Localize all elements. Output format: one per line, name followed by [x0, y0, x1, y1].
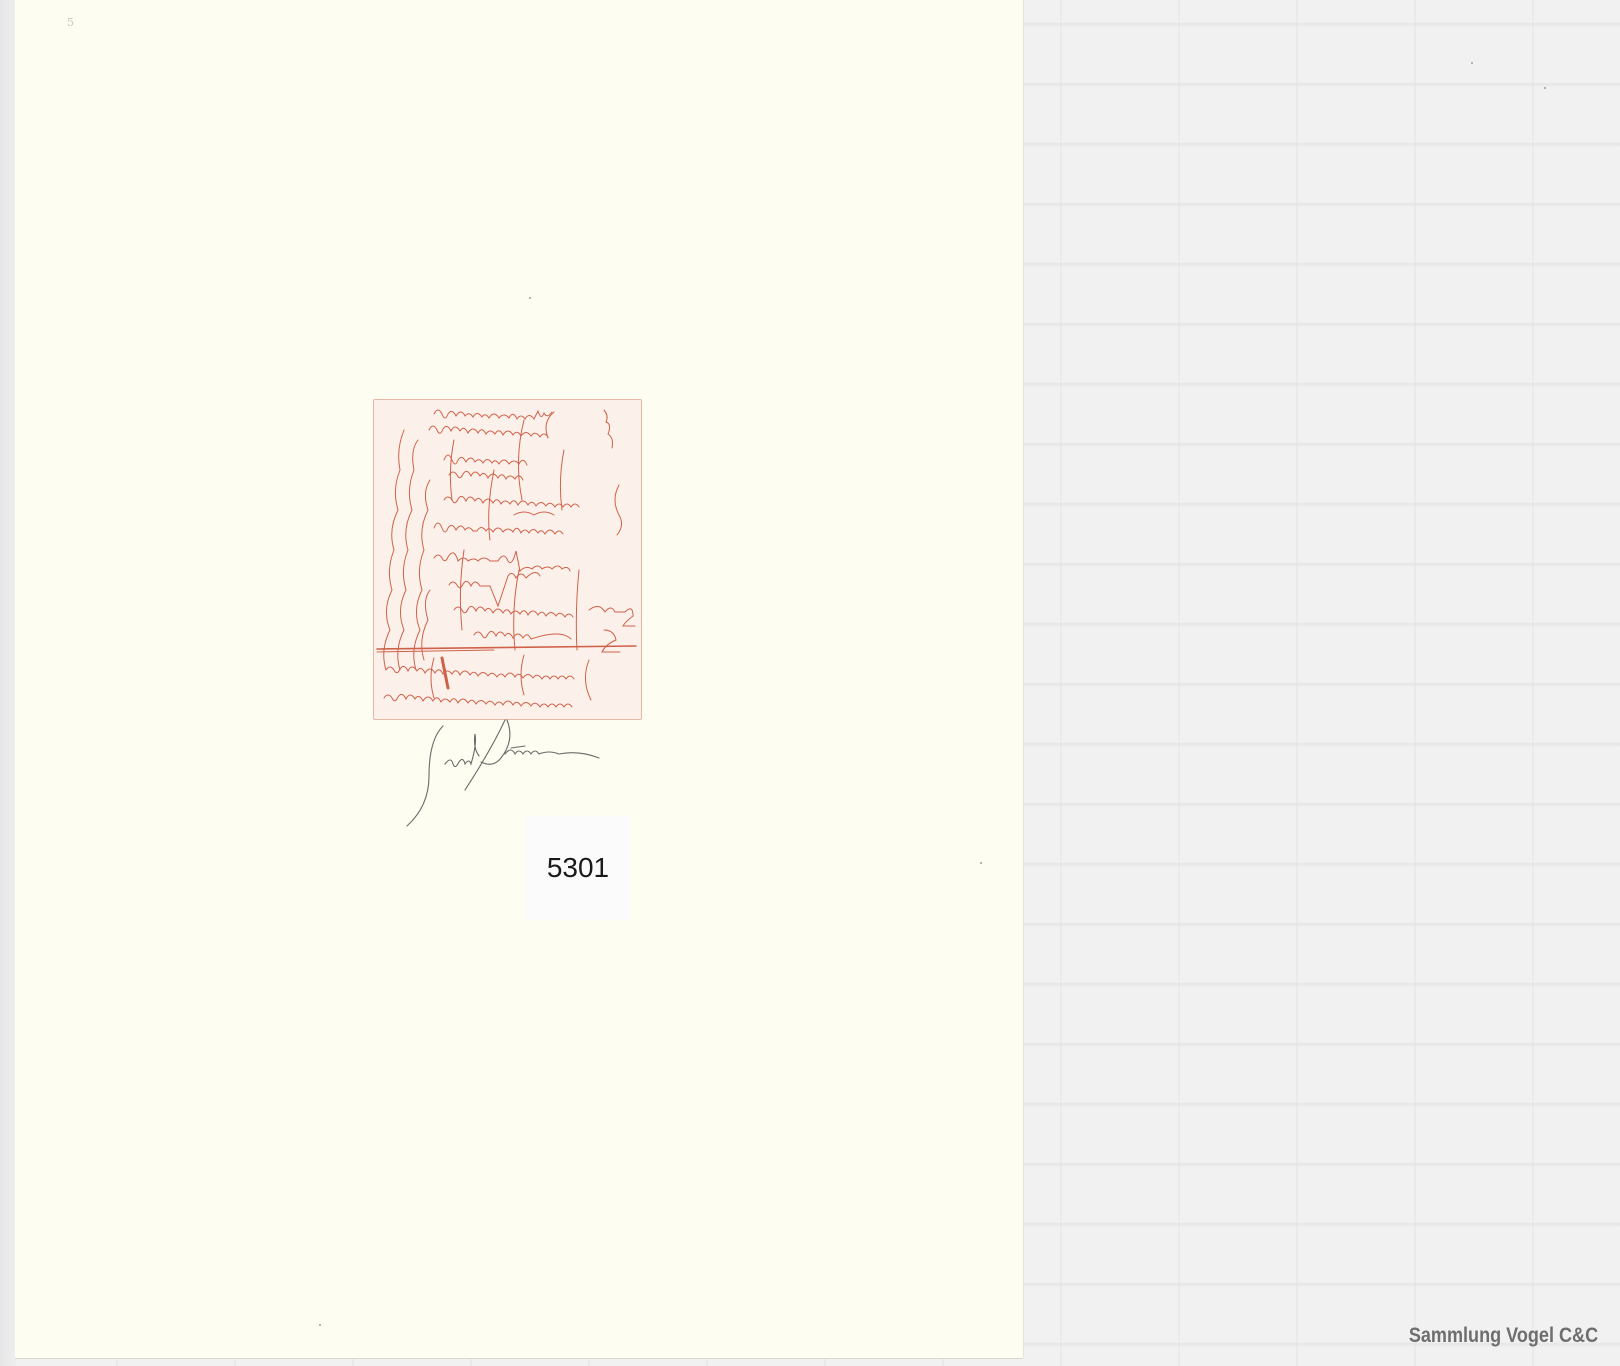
scanner-edge [0, 0, 16, 1366]
dust-speck [980, 862, 982, 864]
dust-speck [1544, 87, 1546, 89]
inventory-number: 5301 [547, 852, 609, 884]
dust-speck [1471, 62, 1473, 64]
etching-plate [373, 399, 642, 720]
collection-watermark: Sammlung Vogel C&C [1409, 1324, 1598, 1348]
dust-speck [529, 297, 531, 299]
dust-speck [319, 1324, 321, 1326]
handwriting-etching-icon [374, 400, 641, 719]
inventory-label: 5301 [526, 816, 630, 920]
pencil-mark: 5 [67, 16, 74, 29]
